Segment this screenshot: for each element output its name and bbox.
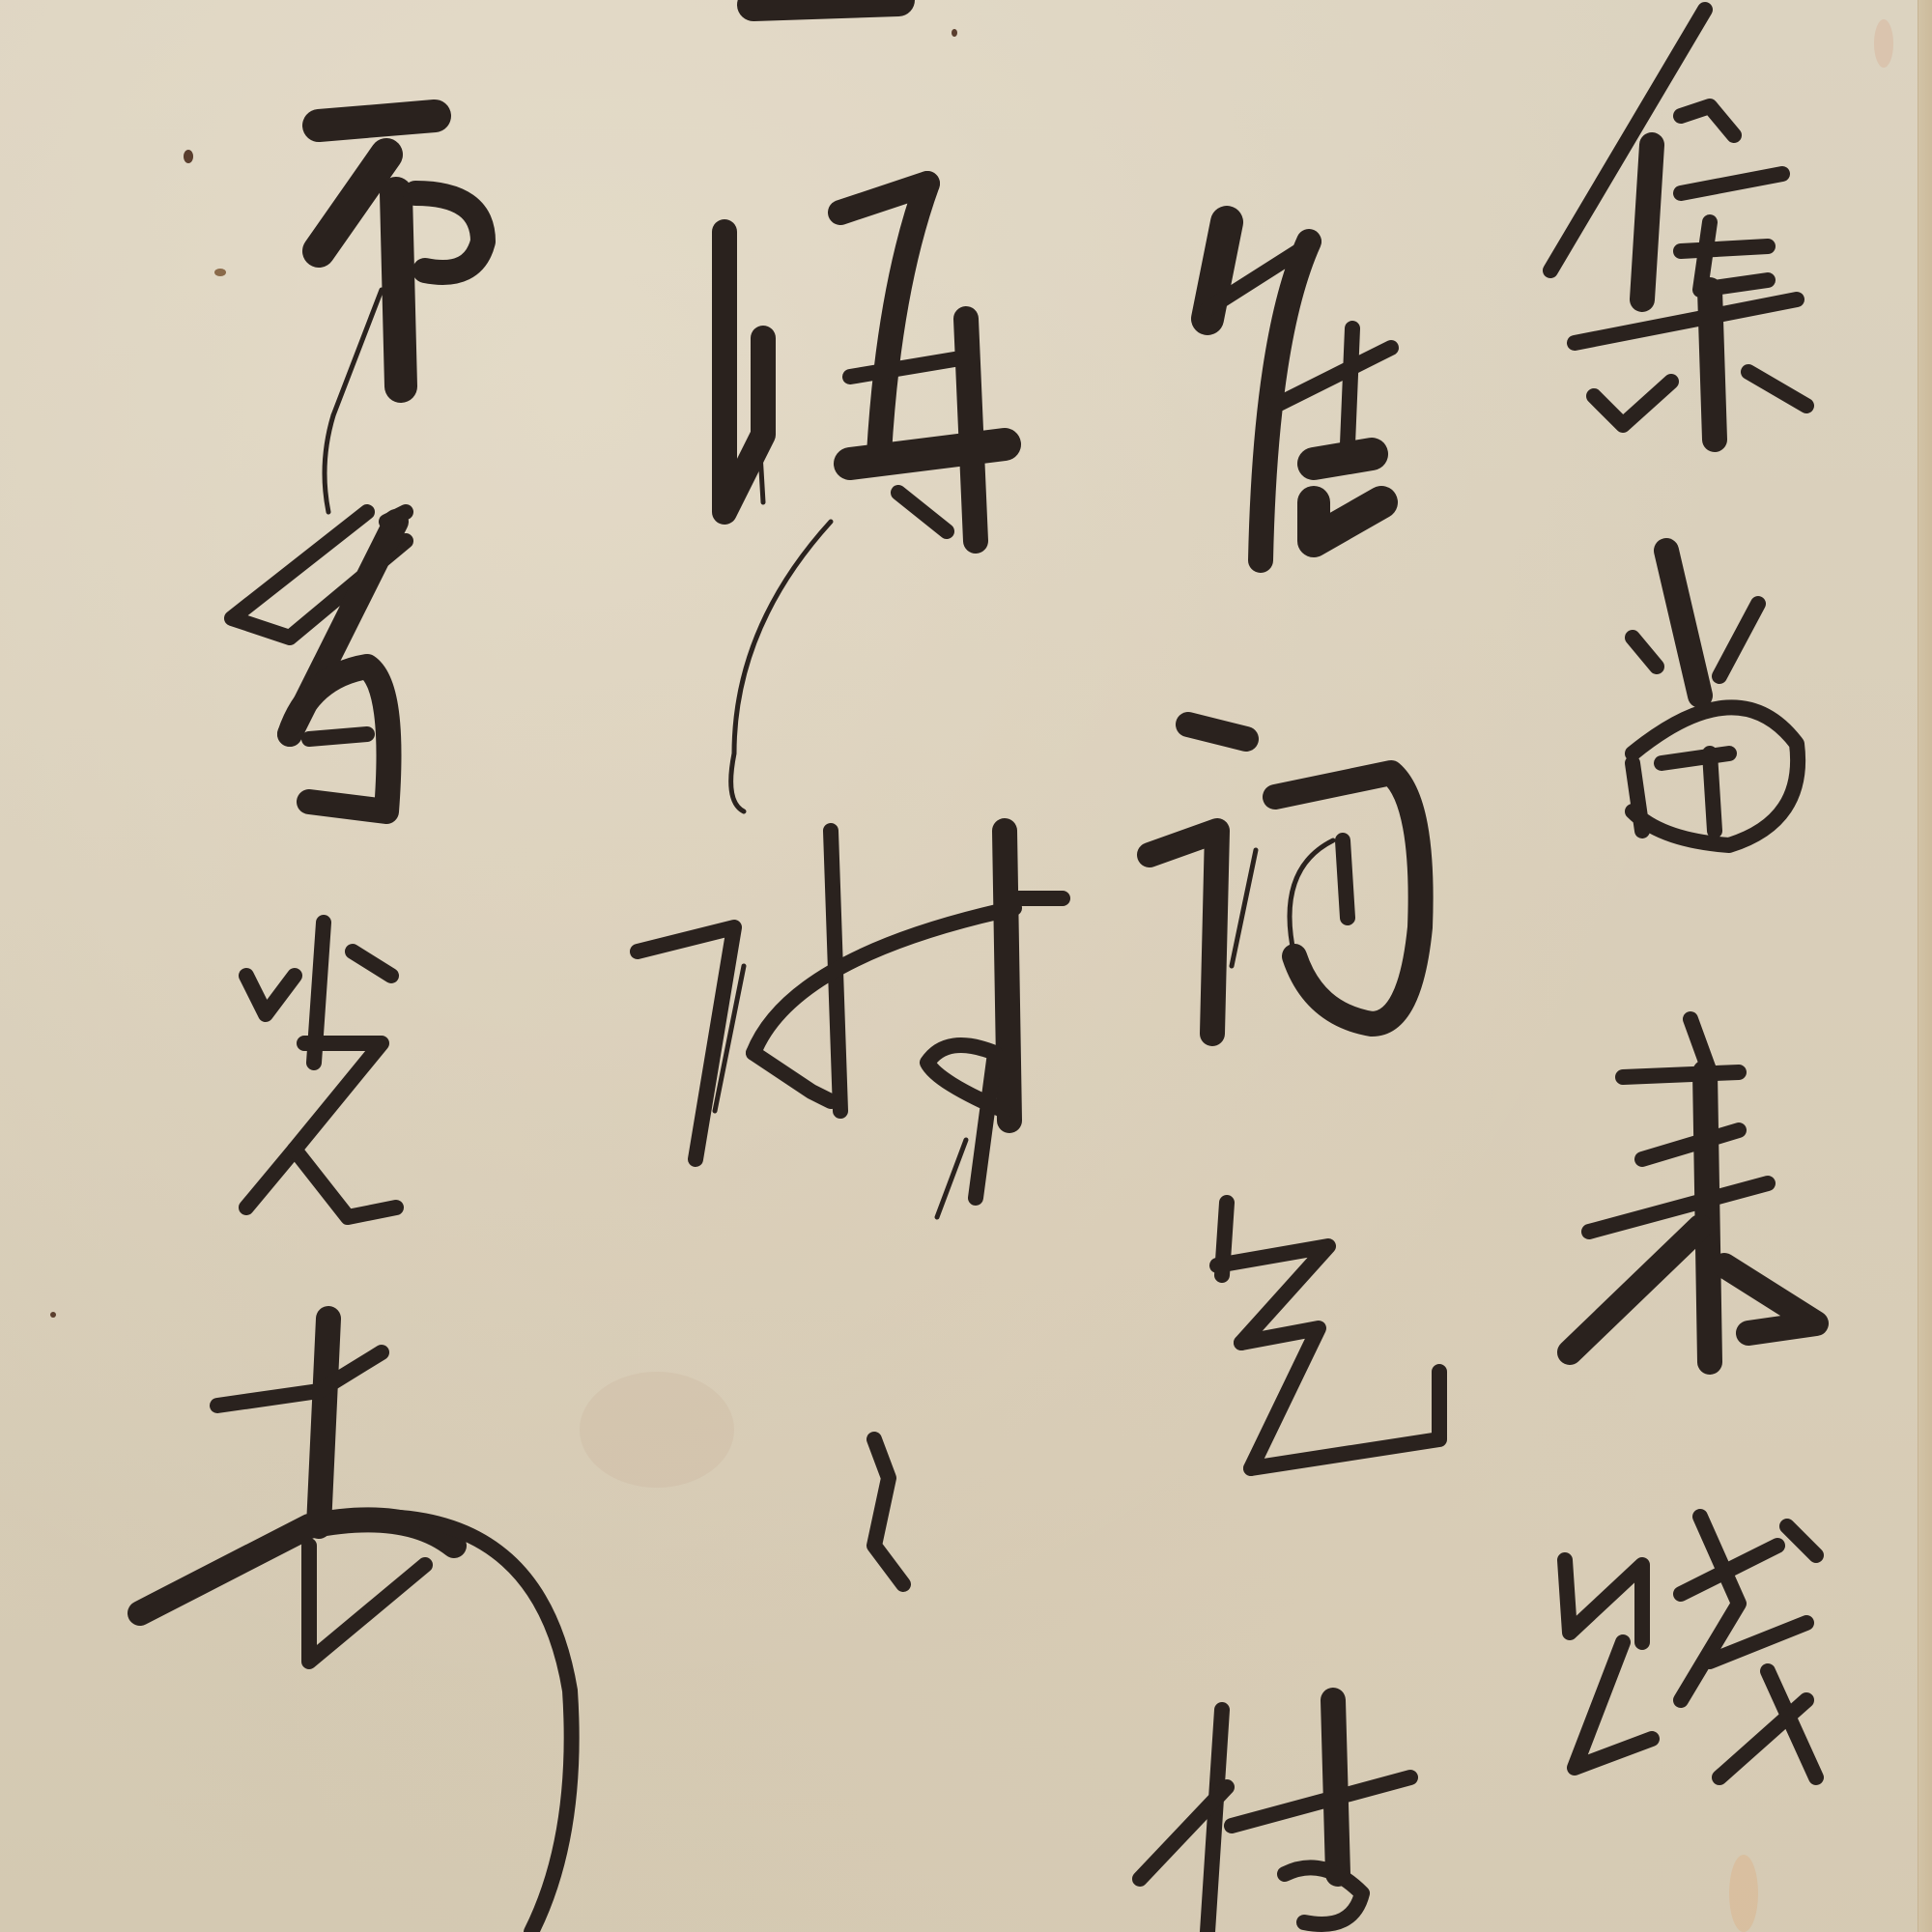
character-ku-partial	[1140, 1700, 1410, 1932]
character-top-fragment	[753, 0, 898, 5]
character-jia	[1207, 222, 1391, 560]
character-lai	[1570, 1019, 1816, 1362]
character-zhe	[232, 415, 406, 811]
repetition-mark	[874, 1439, 903, 1584]
character-qi	[1217, 1203, 1439, 1468]
character-hai	[724, 184, 1005, 811]
character-dang	[1633, 551, 1798, 845]
calligraphy-ink-layer	[0, 0, 1932, 1932]
character-bu	[319, 116, 483, 415]
character-zhi	[246, 923, 396, 1217]
character-ji	[1550, 10, 1806, 440]
character-xie	[638, 831, 1063, 1217]
character-jian	[1565, 1517, 1816, 1777]
character-you-partial	[140, 1319, 572, 1932]
character-ci	[1150, 724, 1421, 1034]
